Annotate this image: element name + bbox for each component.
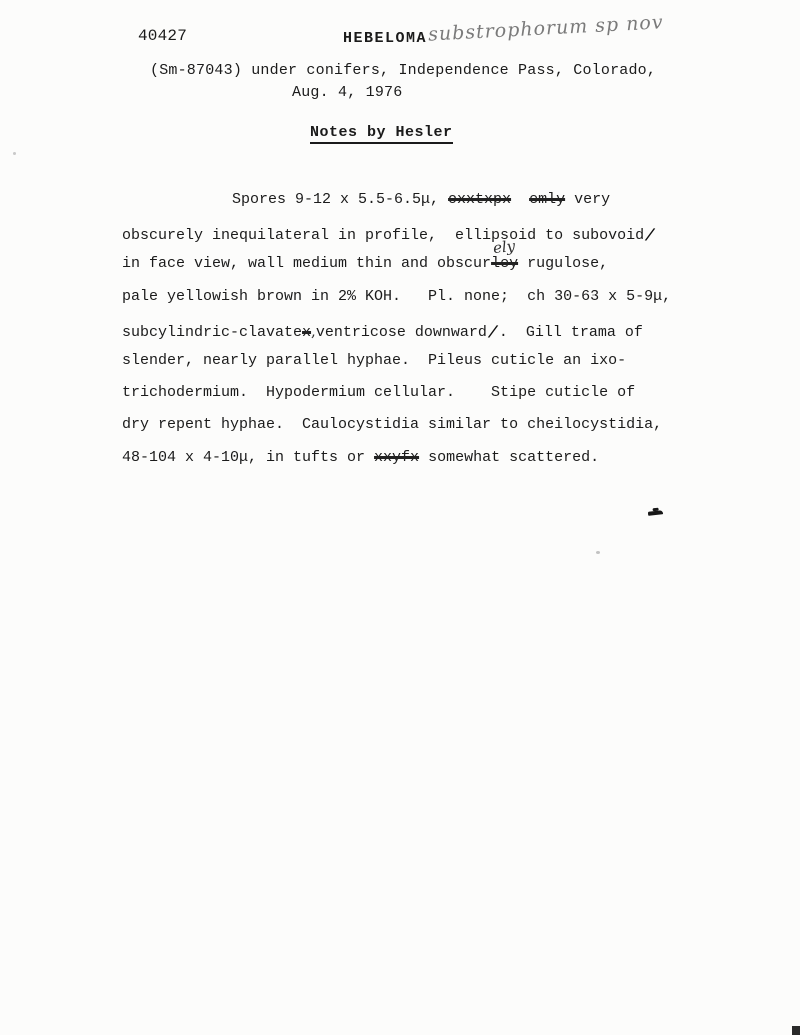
notes-paragraph: Spores 9-12 x 5.5-6.5μ, oxxtxpx emly ver… — [122, 191, 722, 481]
handwritten-slash-mark: ∕ — [642, 224, 657, 248]
scan-speck — [592, 294, 595, 296]
struck-out-letter: x — [302, 324, 311, 341]
notes-text — [511, 191, 529, 208]
notes-text: dry repent hyphae. Caulocystidia similar… — [122, 416, 662, 433]
notes-text: . Gill trama of — [499, 324, 643, 341]
struck-out-word: oxxtxpx — [448, 191, 511, 208]
notes-text: ventricose downward — [316, 324, 487, 341]
notes-line: subcylindric-clavatex,ventricose downwar… — [122, 320, 722, 352]
notes-text: Spores 9-12 x 5.5-6.5μ, — [232, 191, 448, 208]
scanned-herbarium-note-page: 40427 HEBELOMA substrophorum sp nov (Sm-… — [0, 0, 800, 1035]
notes-line: dry repent hyphae. Caulocystidia similar… — [122, 416, 722, 448]
handwritten-slash-mark: ∕ — [485, 321, 500, 345]
notes-line: 48-104 x 4-10μ, in tufts or xxyfx somewh… — [122, 449, 722, 481]
notes-text: rugulose, — [518, 255, 608, 272]
accession-number: 40427 — [138, 27, 187, 45]
struck-out-word: emly — [529, 191, 565, 208]
notes-line: slender, nearly parallel hyphae. Pileus … — [122, 352, 722, 384]
handwritten-correction: ely — [492, 237, 516, 257]
notes-text: trichodermium. Hypodermium cellular. Sti… — [122, 384, 635, 401]
scan-speck — [13, 152, 16, 155]
notes-text: subcylindric-clavate — [122, 324, 302, 341]
notes-line: pale yellowish brown in 2% KOH. Pl. none… — [122, 288, 722, 320]
notes-line: Spores 9-12 x 5.5-6.5μ, oxxtxpx emly ver… — [122, 191, 722, 223]
scan-speck — [596, 551, 600, 554]
section-heading: Notes by Hesler — [310, 124, 453, 144]
genus-title: HEBELOMA — [343, 30, 427, 47]
collection-date: Aug. 4, 1976 — [292, 84, 402, 101]
scan-corner-artifact — [792, 1026, 800, 1035]
notes-text: pale yellowish brown in 2% KOH. Pl. none… — [122, 288, 671, 305]
notes-text: in face view, wall medium thin and obscu… — [122, 255, 491, 272]
correction-site: leyely — [491, 255, 518, 272]
struck-out-letters: ley — [491, 255, 518, 272]
notes-text: obscurely inequilateral in profile, elli… — [122, 227, 644, 244]
notes-line: trichodermium. Hypodermium cellular. Sti… — [122, 384, 722, 416]
collection-info-line: (Sm-87043) under conifers, Independence … — [150, 62, 656, 79]
notes-text: somewhat scattered. — [419, 449, 599, 466]
notes-line: in face view, wall medium thin and obscu… — [122, 255, 722, 287]
notes-line: obscurely inequilateral in profile, elli… — [122, 223, 722, 255]
notes-text: very — [565, 191, 610, 208]
notes-text: 48-104 x 4-10μ, in tufts or — [122, 449, 374, 466]
ink-mark — [648, 510, 663, 516]
struck-out-word: xxyfx — [374, 449, 419, 466]
notes-text: slender, nearly parallel hyphae. Pileus … — [122, 352, 626, 369]
handwritten-species-annotation: substrophorum sp nov — [428, 8, 719, 45]
